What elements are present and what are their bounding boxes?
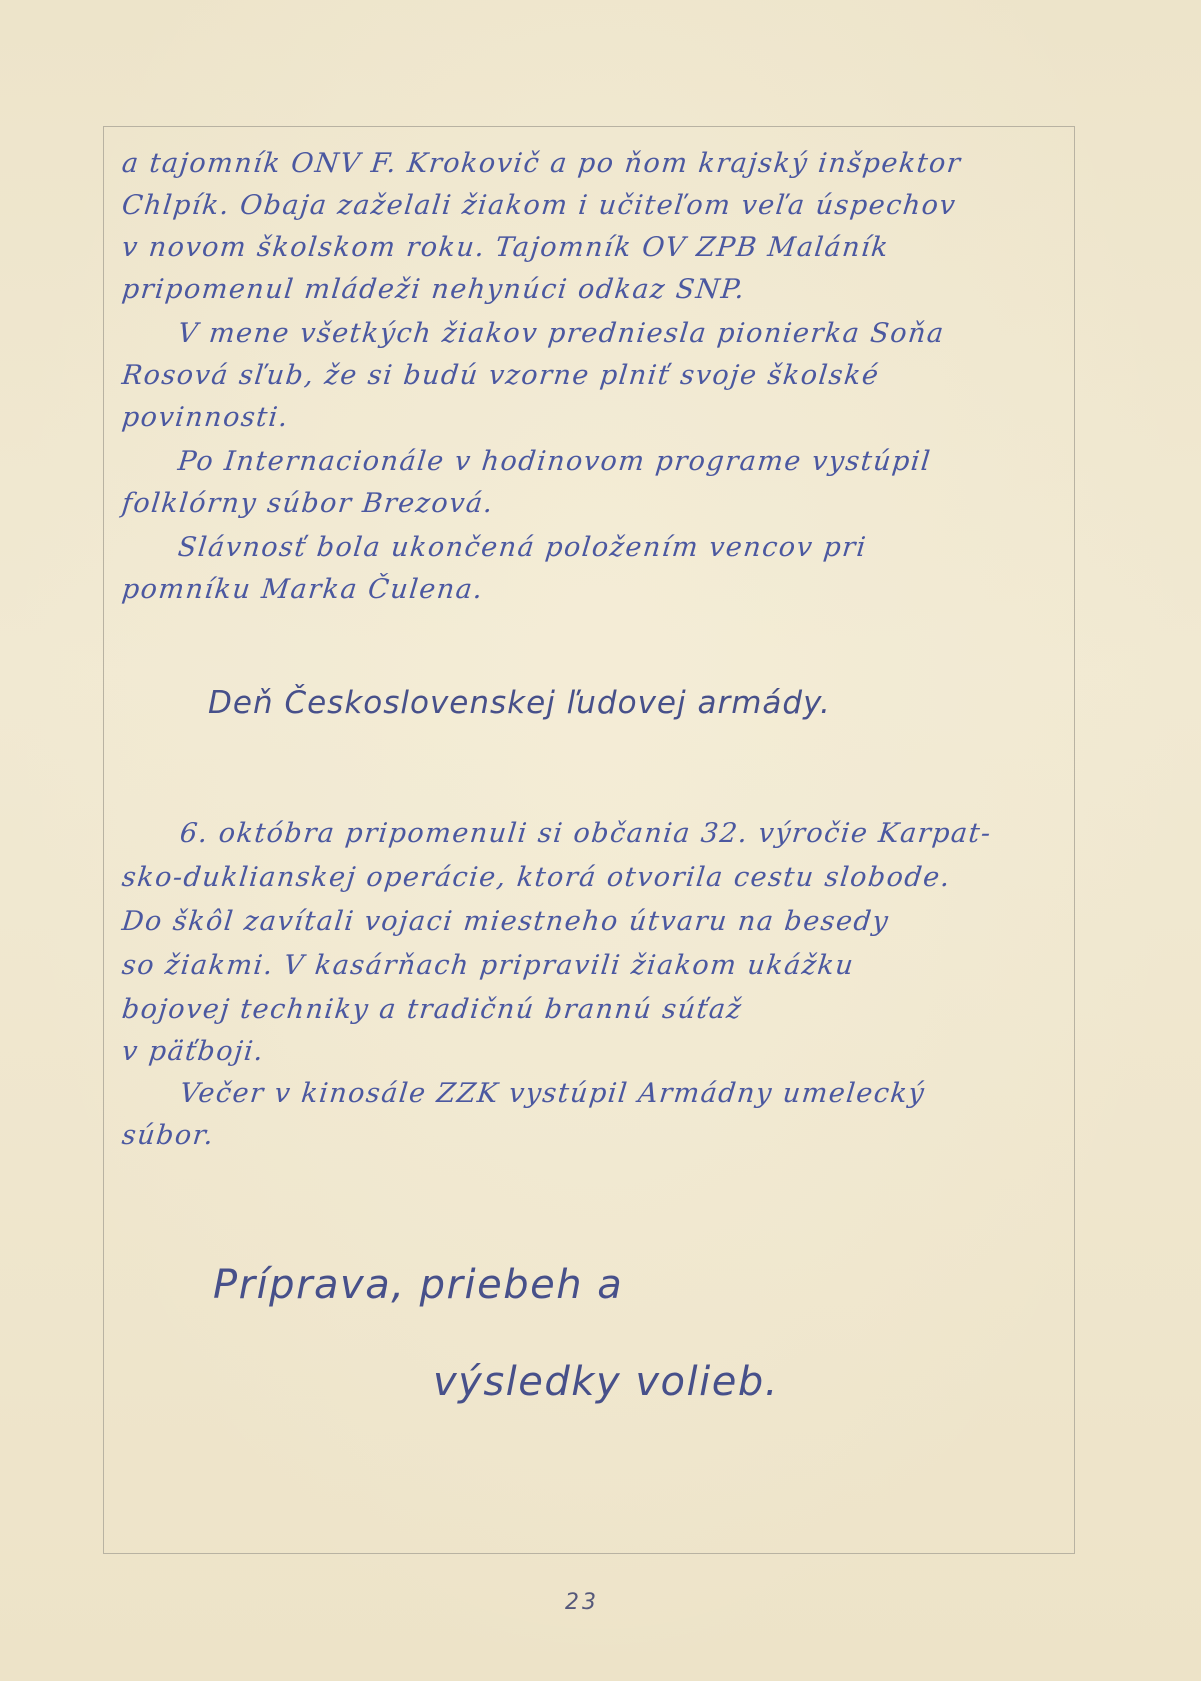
- text-line: so žiakmi. V kasárňach pripravili žiakom…: [121, 952, 856, 979]
- section-heading-elections-line-2: výsledky volieb.: [433, 1362, 779, 1402]
- text-line: súbor.: [121, 1122, 216, 1149]
- page-number: 23: [565, 1590, 599, 1615]
- text-line: folklórny súbor Brezová.: [121, 490, 496, 517]
- text-line: sko-duklianskej operácie, ktorá otvorila…: [121, 864, 953, 891]
- text-line: v päťboji.: [121, 1038, 266, 1065]
- text-line: V mene všetkých žiakov predniesla pionie…: [177, 320, 947, 347]
- text-line: pomníku Marka Čulena.: [121, 576, 485, 603]
- section-heading-army-day: Deň Československej ľudovej armády.: [208, 688, 831, 719]
- text-line: Rosová sľub, že si budú vzorne plniť svo…: [121, 362, 881, 389]
- text-line: povinnosti.: [121, 404, 291, 431]
- text-line: v novom školskom roku. Tajomník OV ZPB M…: [121, 234, 891, 261]
- text-line: Po Internacionále v hodinovom programe v…: [177, 448, 933, 475]
- text-line: Slávnosť bola ukončená položením vencov …: [177, 534, 869, 561]
- text-line: Do škôl zavítali vojaci miestneho útvaru…: [121, 908, 891, 935]
- text-line: bojovej techniky a tradičnú brannú súťaž: [121, 996, 744, 1023]
- text-line: a tajomník ONV F. Krokovič a po ňom kraj…: [121, 150, 963, 177]
- text-line: Chlpík. Obaja zaželali žiakom i učiteľom…: [121, 192, 958, 219]
- text-line: Večer v kinosále ZZK vystúpil Armádny um…: [179, 1080, 927, 1107]
- text-line: 6. októbra pripomenuli si občania 32. vý…: [179, 820, 993, 847]
- section-heading-elections-line-1: Príprava, priebeh a: [213, 1265, 623, 1305]
- text-line: pripomenul mládeži nehynúci odkaz SNP.: [121, 276, 747, 303]
